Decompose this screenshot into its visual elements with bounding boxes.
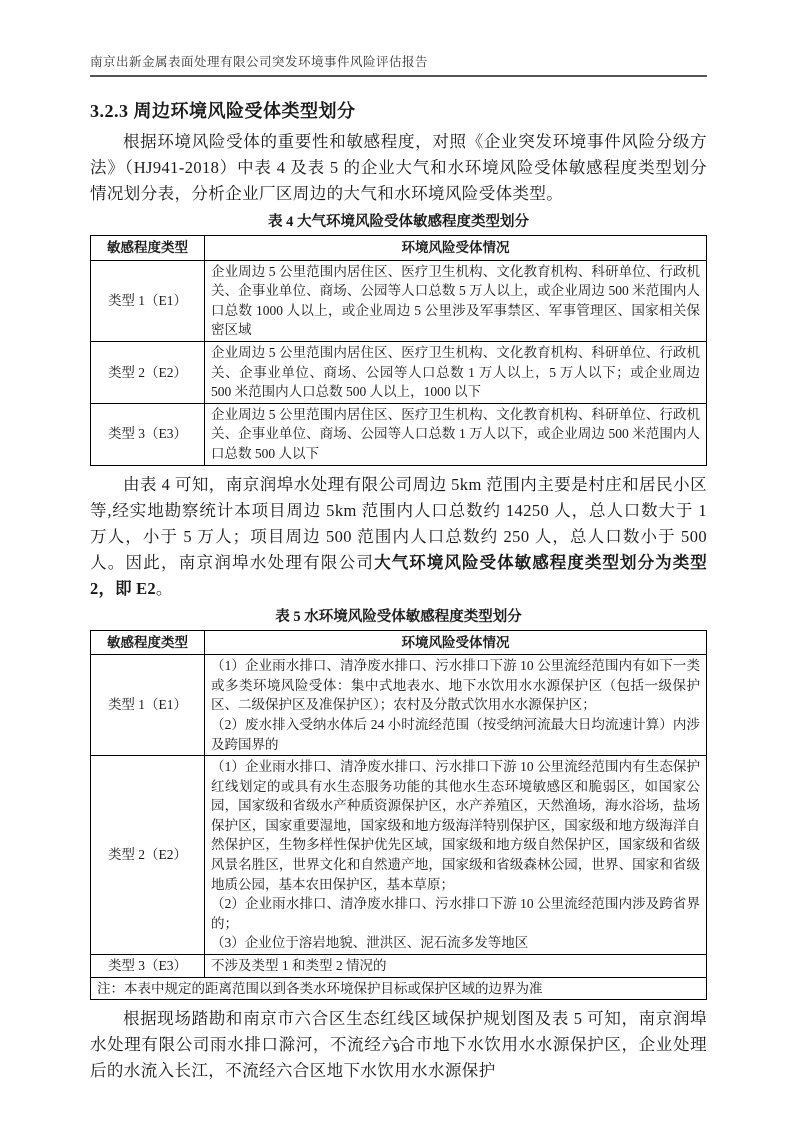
- running-header-title: 南京出新金属表面处理有限公司突发环境事件风险评估报告: [90, 55, 428, 69]
- table-5-water-risk-receptors: 敏感程度类型 环境风险受体情况 类型 1（E1） （1）企业雨水排口、清净废水排…: [90, 630, 707, 1001]
- type-e1-desc: 企业周边 5 公里范围内居住区、医疗卫生机构、文化教育机构、科研单位、行政机关、…: [205, 260, 707, 341]
- table-5-header-row: 敏感程度类型 环境风险受体情况: [91, 630, 707, 655]
- type-e1-cell: 类型 1（E1）: [91, 260, 205, 341]
- table-5-col2-header: 环境风险受体情况: [205, 630, 707, 655]
- intro-paragraph: 根据环境风险受体的重要性和敏感程度，对照《企业突发环境事件风险分级方法》（HJ9…: [90, 129, 707, 207]
- table-row: 类型 3（E3） 企业周边 5 公里范围内居住区、医疗卫生机构、文化教育机构、科…: [91, 403, 707, 465]
- table-4-header-row: 敏感程度类型 环境风险受体情况: [91, 236, 707, 261]
- table-note-row: 注：本表中规定的距离范围以到各类水环境保护目标或保护区域的边界为准: [91, 977, 707, 1000]
- table-5-note: 注：本表中规定的距离范围以到各类水环境保护目标或保护区域的边界为准: [91, 977, 707, 1000]
- section-heading: 3.2.3 周边环境风险受体类型划分: [90, 97, 707, 123]
- type-e3-cell: 类型 3（E3）: [91, 403, 205, 465]
- table5-caption: 表 5 水环境风险受体敏感程度类型划分: [90, 607, 707, 627]
- table-row: 类型 2（E2） （1）企业雨水排口、清净废水排口、污水排口下游 10 公里流经…: [91, 756, 707, 955]
- type-e2-cell: 类型 2（E2）: [91, 341, 205, 403]
- table-row: 类型 3（E3） 不涉及类型 1 和类型 2 情况的: [91, 955, 707, 978]
- type-e3-desc: 不涉及类型 1 和类型 2 情况的: [205, 955, 707, 978]
- table-4-air-risk-receptors: 敏感程度类型 环境风险受体情况 类型 1（E1） 企业周边 5 公里范围内居住区…: [90, 235, 707, 466]
- analysis-tail: 。: [156, 579, 173, 598]
- table-4-col1-header: 敏感程度类型: [91, 236, 205, 261]
- report-page: 南京出新金属表面处理有限公司突发环境事件风险评估报告 3.2.3 周边环境风险受…: [0, 0, 793, 1122]
- type-e3-cell: 类型 3（E3）: [91, 955, 205, 978]
- table-row: 类型 2（E2） 企业周边 5 公里范围内居住区、医疗卫生机构、文化教育机构、科…: [91, 341, 707, 403]
- type-e2-desc: （1）企业雨水排口、清净废水排口、污水排口下游 10 公里流经范围内有生态保护红…: [205, 756, 707, 955]
- table-5-col1-header: 敏感程度类型: [91, 630, 205, 655]
- table4-caption: 表 4 大气环境风险受体敏感程度类型划分: [90, 212, 707, 232]
- type-e2-desc: 企业周边 5 公里范围内居住区、医疗卫生机构、文化教育机构、科研单位、行政机关、…: [205, 341, 707, 403]
- running-header: 南京出新金属表面处理有限公司突发环境事件风险评估报告: [90, 52, 707, 77]
- analysis-paragraph: 由表 4 可知，南京润埠水处理有限公司周边 5km 范围内主要是村庄和居民小区等…: [90, 472, 707, 602]
- table-row: 类型 1（E1） （1）企业雨水排口、清净废水排口、污水排口下游 10 公里流经…: [91, 655, 707, 756]
- page-number: 9: [0, 1040, 793, 1056]
- type-e1-desc: （1）企业雨水排口、清净废水排口、污水排口下游 10 公里流经范围内有如下一类或…: [205, 655, 707, 756]
- type-e1-cell: 类型 1（E1）: [91, 655, 205, 756]
- table-4-col2-header: 环境风险受体情况: [205, 236, 707, 261]
- type-e2-cell: 类型 2（E2）: [91, 756, 205, 955]
- type-e3-desc: 企业周边 5 公里范围内居住区、医疗卫生机构、文化教育机构、科研单位、行政机关、…: [205, 403, 707, 465]
- table-row: 类型 1（E1） 企业周边 5 公里范围内居住区、医疗卫生机构、文化教育机构、科…: [91, 260, 707, 341]
